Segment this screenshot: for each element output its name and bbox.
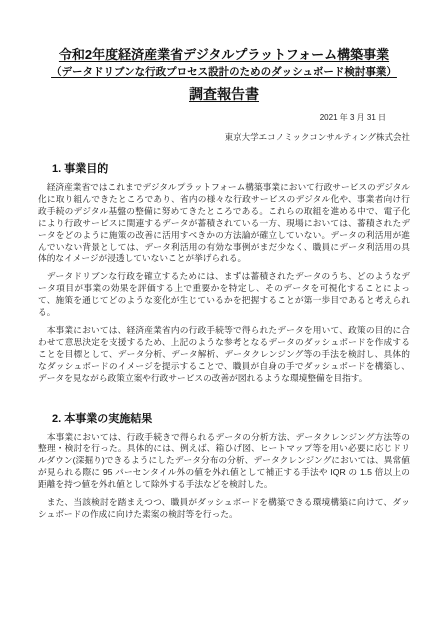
report-subtitle-line: （データドリブンな行政プロセス設計のためのダッシュボード検討事業） (38, 65, 410, 79)
section-1-paragraph-2: データドリブンな行政を確立するためには、まずは蓄積されたデータのうち、どのような… (38, 271, 410, 319)
section-1-paragraph-1: 経済産業省ではこれまでデジタルプラットフォーム構築事業において行政サービスのデジ… (38, 182, 410, 265)
section-2-paragraph-1: 本事業においては、行政手続きで得られるデータの分析方法、データクレンジング方法等… (38, 432, 410, 492)
section-1-paragraph-3: 本事業においては、経済産業省内の行政手続等で得られたデータを用いて、政策の目的に… (38, 325, 410, 385)
section-implementation-results: 2. 本事業の実施結果 本事業においては、行政手続きで得られるデータの分析方法、… (38, 412, 410, 521)
report-doc-type: 調査報告書 (38, 85, 410, 103)
report-date: 2021 年 3 月 31 日 (38, 112, 410, 123)
section-2-heading: 2. 本事業の実施結果 (52, 412, 410, 427)
title-block: 令和2年度経済産業省デジタルプラットフォーム構築事業 （データドリブンな行政プロ… (38, 46, 410, 103)
section-business-objective: 1. 事業目的 経済産業省ではこれまでデジタルプラットフォーム構築事業において行… (38, 162, 410, 385)
report-title-line1: 令和2年度経済産業省デジタルプラットフォーム構築事業 (38, 46, 410, 63)
report-page: 令和2年度経済産業省デジタルプラットフォーム構築事業 （データドリブンな行政プロ… (0, 0, 446, 630)
section-2-paragraph-2: また、当該検討を踏まえつつ、職員がダッシュボードを構築できる環境構築に向けて、ダ… (38, 497, 410, 521)
section-1-heading: 1. 事業目的 (52, 162, 410, 177)
company-name: 東京大学エコノミックコンサルティング株式会社 (38, 132, 410, 143)
